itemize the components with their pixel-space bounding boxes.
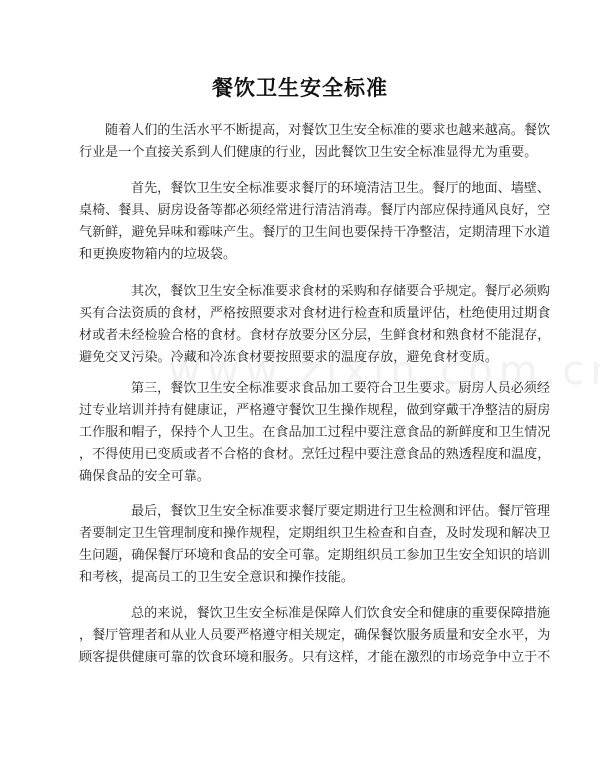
text-line: 工作服和帽子，保持个人卫生。在食品加工过程中要注意食品的新鲜度和卫生情况 bbox=[79, 425, 519, 441]
text-line: 最后，餐饮卫生安全标准要求餐厅要定期进行卫生检测和评估。餐厅管理 bbox=[131, 504, 571, 520]
text-line: ，不得使用已变质或者不合格的食材。烹饪过程中要注意食品的熟透程度和温度， bbox=[79, 447, 519, 463]
text-line: 总的来说，餐饮卫生安全标准是保障人们饮食安全和健康的重要保障措施 bbox=[131, 606, 571, 622]
text-line: 过专业培训并持有健康证，严格遵守餐饮卫生操作规程，做到穿戴干净整洁的厨房 bbox=[79, 403, 519, 419]
text-line: 和考核，提高员工的卫生安全意识和操作技能。 bbox=[79, 570, 519, 586]
text-line: 生问题，确保餐厅环境和食品的安全可靠。定期组织员工参加卫生安全知识的培训 bbox=[79, 548, 519, 564]
text-line: ，餐厅管理者和从业人员要严格遵守相关规定，确保餐饮服务质量和安全水平，为 bbox=[79, 628, 519, 644]
text-line: 第三，餐饮卫生安全标准要求食品加工要符合卫生要求。厨房人员必须经 bbox=[131, 381, 571, 397]
text-line: 者要制定卫生管理制度和操作规程，定期组织卫生检查和自查，及时发现和解决卫 bbox=[79, 526, 519, 542]
text-line: 和更换废物箱内的垃圾袋。 bbox=[79, 247, 519, 263]
text-line: 行业是一个直接关系到人们健康的行业，因此餐饮卫生安全标准显得尤为重要。 bbox=[79, 145, 519, 161]
text-line: 随着人们的生活水平不断提高，对餐饮卫生安全标准的要求也越来越高。餐饮 bbox=[105, 123, 545, 139]
text-line: 桌椅、餐具、厨房设备等都必须经常进行清洁消毒。餐厅内部应保持通风良好，空 bbox=[79, 203, 519, 219]
text-line: 买有合法资质的食材，严格按照要求对食材进行检查和质量评估，杜绝使用过期食 bbox=[79, 306, 519, 322]
text-line: 首先，餐饮卫生安全标准要求餐厅的环境清洁卫生。餐厅的地面、墙壁、 bbox=[131, 181, 571, 197]
document-content: 餐饮卫生安全标准 随着人们的生活水平不断提高，对餐饮卫生安全标准的要求也越来越高… bbox=[0, 0, 600, 776]
text-line: 材或者未经检验合格的食材。食材存放要分区分层，生鲜食材和熟食材不能混存， bbox=[79, 328, 519, 344]
text-line: 其次，餐饮卫生安全标准要求食材的采购和存储要合乎规定。餐厅必须购 bbox=[131, 284, 571, 300]
text-line: 顾客提供健康可靠的饮食环境和服务。只有这样，才能在激烈的市场竞争中立于不 bbox=[79, 650, 519, 666]
text-line: 确保食品的安全可靠。 bbox=[79, 469, 519, 485]
document-page: www.zixin.com.cn 餐饮卫生安全标准 随着人们的生活水平不断提高，… bbox=[0, 0, 600, 776]
text-line: 气新鲜，避免异味和霉味产生。餐厅的卫生间也要保持干净整洁，定期清理下水道 bbox=[79, 225, 519, 241]
text-line: 避免交叉污染。冷藏和冷冻食材要按照要求的温度存放，避免食材变质。 bbox=[79, 350, 519, 366]
document-title: 餐饮卫生安全标准 bbox=[0, 74, 600, 102]
